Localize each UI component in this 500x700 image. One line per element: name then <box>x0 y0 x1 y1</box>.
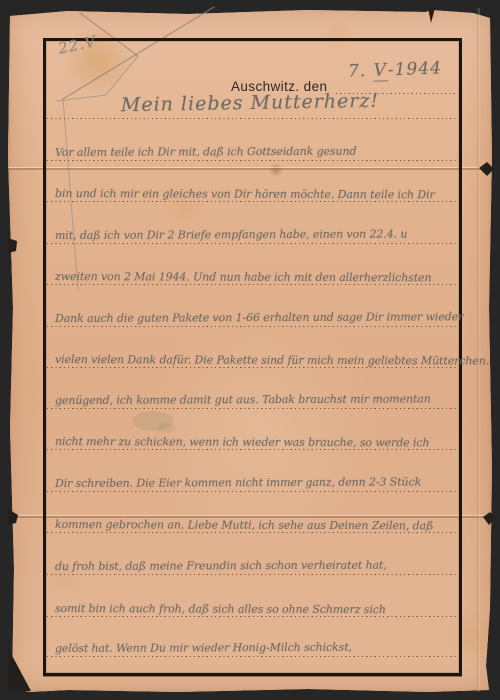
handwriting-line: Dir schreiben. Die Eier kommen nicht imm… <box>55 473 457 492</box>
handwriting-line: Dank auch die guten Pakete von 1-66 erha… <box>55 308 457 327</box>
handwriting-line: genügend, ich komme damit gut aus. Tabak… <box>55 390 457 409</box>
letter-salutation: Mein liebes Mutterherz! <box>110 90 390 121</box>
ruled-line <box>47 118 457 119</box>
handwriting-line: Vor allem teile ich Dir mit, daß ich Got… <box>55 142 457 161</box>
date-day: 7. <box>348 61 367 82</box>
handwriting-line: zweiten von 2 Mai 1944. Und nun habe ich… <box>55 268 457 286</box>
handwriting-line: kommen gebrochen an. Liebe Mutti, ich se… <box>55 516 457 534</box>
handwriting-line: du froh bist, daß meine Freundin sich sc… <box>55 556 457 575</box>
handwriting-line: mit, daß ich von Dir 2 Briefe empfangen … <box>55 225 457 244</box>
handwriting-line: gelöst hat. Wenn Du mir wieder Honig-Mil… <box>55 638 457 657</box>
letter-scan: 22.V Auschwitz. den 7. V-1944 Mein liebe… <box>0 0 500 700</box>
handwriting-line: vielen vielen Dank dafür. Die Pakette si… <box>55 351 457 369</box>
date-month-numeral: V <box>372 60 388 82</box>
fold-crease-right-vertical <box>477 8 480 692</box>
handwriting-line: somit bin ich auch froh, daß sich alles … <box>55 600 457 618</box>
handwritten-date: 7. V-1944 <box>348 58 443 81</box>
handwriting-line: bin und ich mir ein gleiches von Dir hör… <box>55 185 457 203</box>
date-year: -1944 <box>388 58 443 80</box>
handwriting-line: nicht mehr zu schicken, wenn ich wieder … <box>55 433 457 451</box>
